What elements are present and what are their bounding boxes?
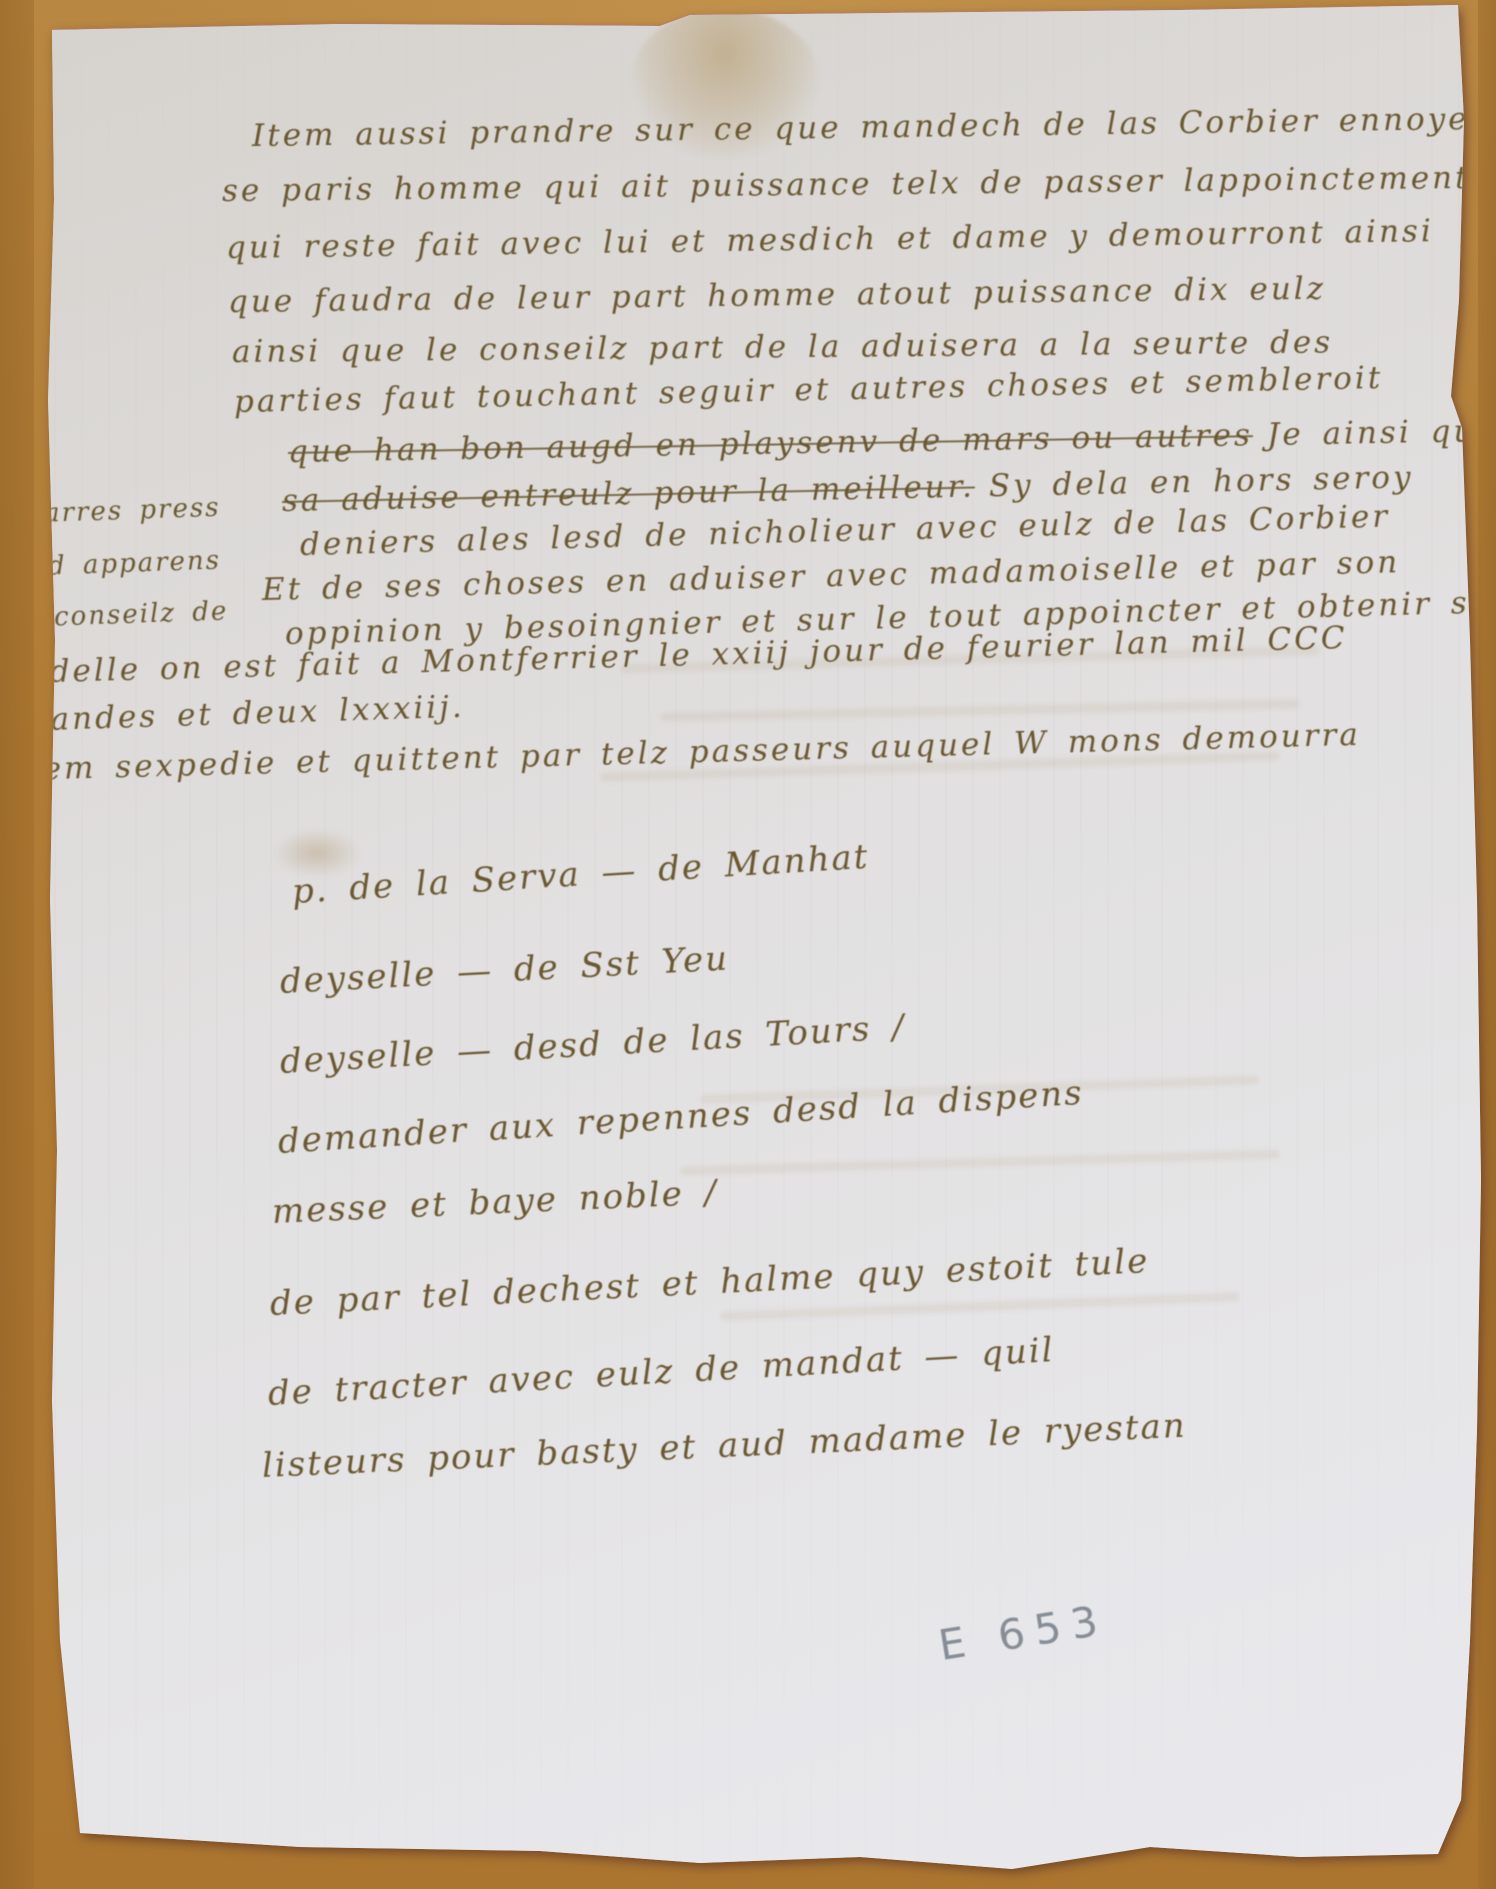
margin-note-line: lesd apparens (4, 545, 221, 583)
manuscript-line: ainsi que le conseilz part de la aduiser… (232, 324, 1333, 370)
strikethrough-text: que han bon augd en playsenv de mars ou … (288, 417, 1254, 470)
manuscript-line: Item aussi prandre sur ce que mandech de… (252, 101, 1470, 154)
paper: Item aussi prandre sur ce que mandech de… (0, 0, 1496, 1889)
list-line: deyselle — desd de las Tours / (279, 1007, 907, 1082)
list-line: de tracter avec eulz de mandat — quil (267, 1330, 1056, 1414)
manuscript-line: que faudra de leur part homme atout puis… (228, 271, 1326, 320)
manuscript-line: qui reste fait avec lui et mesdich et da… (226, 213, 1434, 266)
paper-wrapper: Item aussi prandre sur ce que mandech de… (0, 0, 1496, 1889)
list-line: de par tel dechest et halme quy estoit t… (269, 1241, 1150, 1324)
list-line: p. de la Serva — de Manhat (291, 837, 871, 912)
margin-note-line: et conseilz de (7, 596, 228, 634)
manuscript-line: se paris homme qui ait puissance telx de… (222, 160, 1471, 209)
manuscript-photo: { "manuscript": { "background_color": "#… (0, 0, 1496, 1889)
pencil-inscription: E 653 (935, 1595, 1111, 1670)
manuscript-line: parties faut touchant seguir et autres c… (234, 360, 1384, 420)
ghost-smudge (660, 699, 1300, 721)
list-line: listeurs pour basty et aud madame le rye… (261, 1406, 1187, 1486)
manuscript-line: grandes et deux lxxxiij. (9, 689, 465, 739)
ghost-smudge (680, 1150, 1280, 1176)
margin-note-line: aparres press (7, 493, 221, 530)
list-line: deyselle — de Sst Yeu (279, 938, 730, 1001)
list-line: messe et baye noble / (271, 1173, 719, 1232)
list-line: demander aux repennes desd la dispens (277, 1073, 1085, 1162)
